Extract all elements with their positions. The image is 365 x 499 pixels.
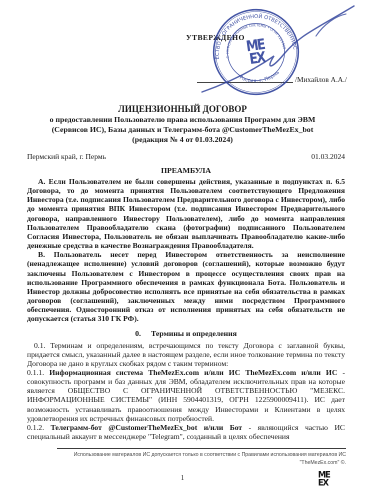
terms-section-title: Термины и определения xyxy=(151,329,237,338)
terms-section-number: 0. xyxy=(135,329,141,338)
terms-paragraph-0-1-2: 0.1.2. Телеграмм-бот @CustomerTheMezEx_b… xyxy=(27,423,345,441)
document-subtitle-line2: (Сервисов ИС), Базы данных и Телеграмм-б… xyxy=(8,125,357,135)
place-label: Пермский край, г. Пермь xyxy=(27,152,106,161)
clause-text: - совокупность программ и баз данных для… xyxy=(27,368,345,423)
document-body: ПРЕАМБУЛА А. Если Пользователем не были … xyxy=(27,166,345,441)
term-definition-is: Информационная система TheMezEx.com и/ил… xyxy=(49,368,337,377)
footer-notice-line1: Использование материалов ИС допускается … xyxy=(57,452,346,460)
date-label: 01.03.2024 xyxy=(311,152,345,161)
footer-divider xyxy=(57,448,346,449)
preamble-paragraph-a: А. Если Пользователем не были совершены … xyxy=(27,177,345,250)
terms-heading: 0.Термины и определения xyxy=(27,329,345,339)
footer-notice-line2: "TheMezEx.com" ©. xyxy=(57,460,346,468)
document-title-block: ЛИЦЕНЗИОННЫЙ ДОГОВОР о предоставлении По… xyxy=(8,104,357,145)
term-definition-bot: Телеграмм-бот @CustomerTheMezEx_bot и/ил… xyxy=(51,423,243,432)
document-edition: (редакция № 4 от 01.03.2024) xyxy=(8,135,357,145)
mezex-logo-bottom: ЕХ xyxy=(318,479,330,487)
mezex-logo: МЕ ЕХ xyxy=(318,471,330,487)
document-page: УТВЕРЖДЕНО ОБЩЕСТВО С ОГРАНИЧЕННОЙ ОТВЕТ… xyxy=(0,0,365,499)
preamble-heading: ПРЕАМБУЛА xyxy=(27,166,345,176)
document-subtitle-line1: о предоставлении Пользователю права испо… xyxy=(8,115,357,125)
signature-stroke xyxy=(196,2,360,100)
preamble-paragraph-b: В. Пользователь несет перед Инвестором о… xyxy=(27,250,345,323)
signatory-name: /Михайлов А.А./ xyxy=(295,75,347,84)
clause-number: 0.1.1. xyxy=(27,368,49,377)
terms-paragraph-0-1-1: 0.1.1. Информационная система TheMezEx.c… xyxy=(27,368,345,423)
page-number: 1 xyxy=(0,474,365,482)
terms-paragraph-0-1: 0.1. Терминам и определениям, встречающи… xyxy=(27,341,345,368)
clause-number: 0.1.2. xyxy=(27,423,51,432)
footer-notice: Использование материалов ИС допускается … xyxy=(57,452,346,467)
document-title: ЛИЦЕНЗИОННЫЙ ДОГОВОР xyxy=(8,104,357,115)
place-date-row: Пермский край, г. Пермь 01.03.2024 xyxy=(27,152,345,161)
